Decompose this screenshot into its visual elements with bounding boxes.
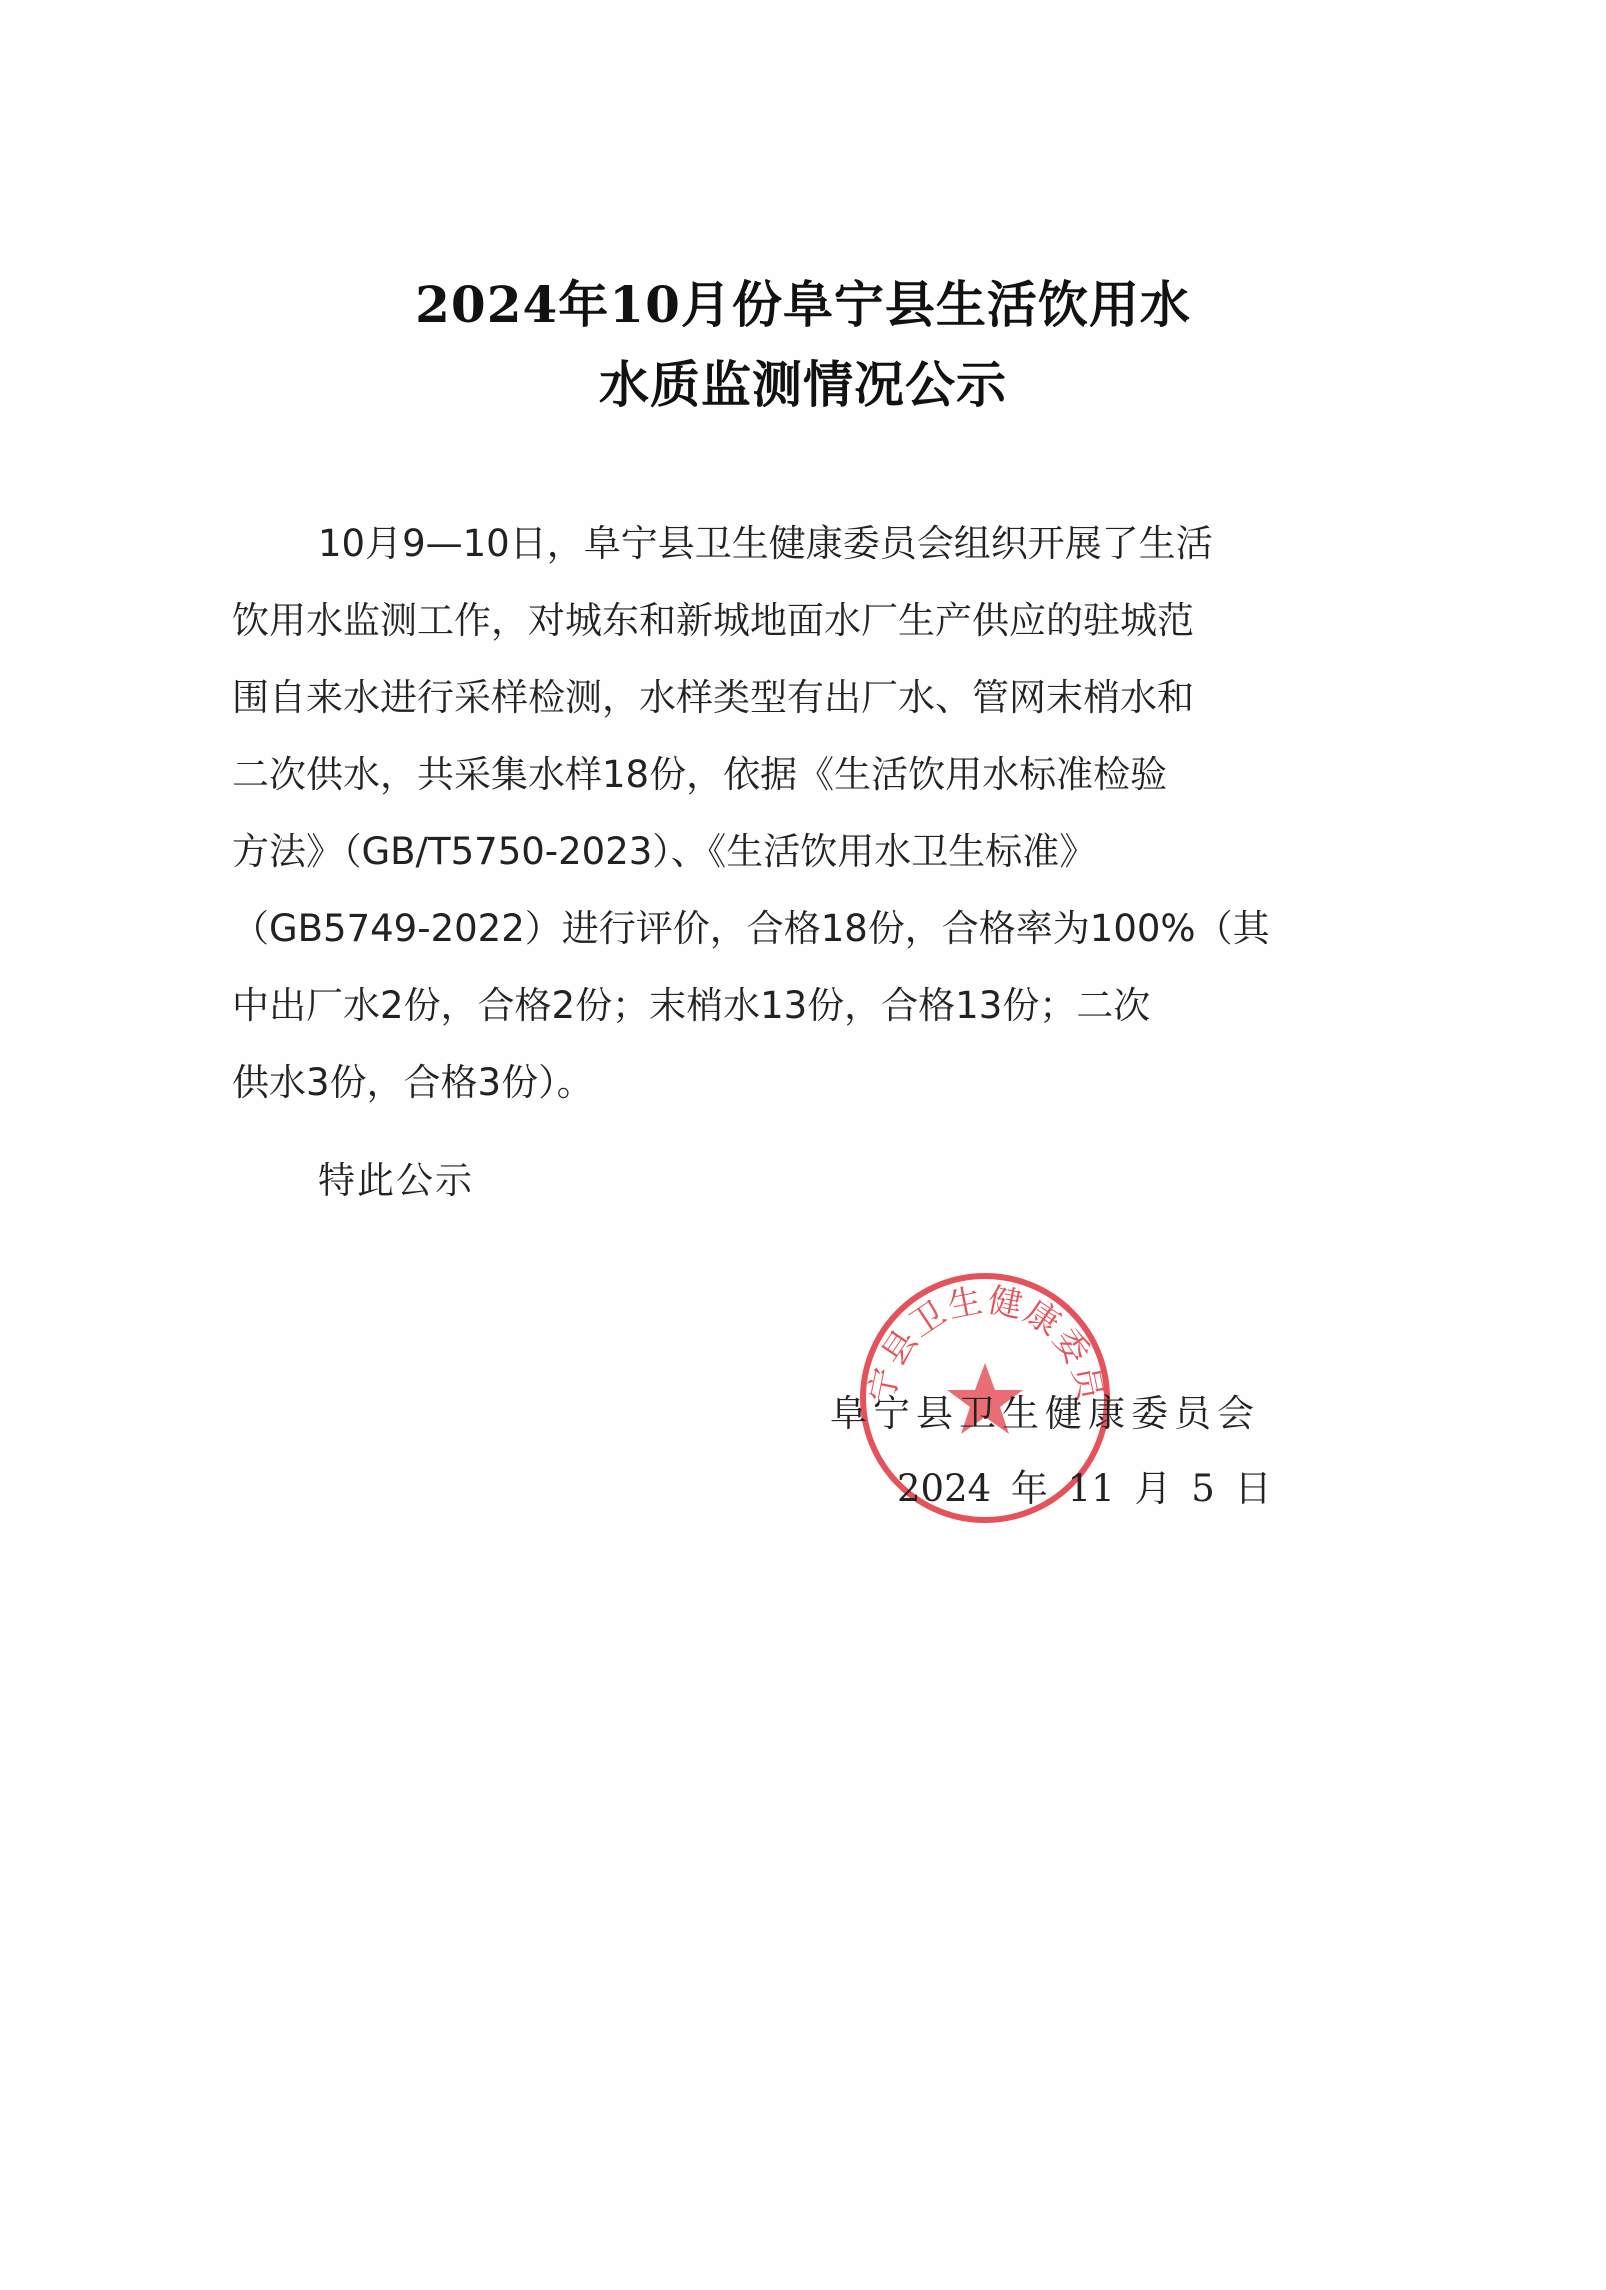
signature-date: 2024 年 11 月 5 日: [897, 1458, 1272, 1512]
body-line-8: 供水3份，合格3份）。: [232, 1064, 1377, 1101]
body-line-6: （GB5749-2022）进行评价，合格18份，合格率为100%（其: [232, 910, 1377, 947]
signature-organization: 阜宁县卫生健康委员会: [830, 1383, 1260, 1437]
body-line-4: 二次供水，共采集水样18份，依据《生活饮用水标准检验: [232, 756, 1377, 793]
closing-text: 特此公示: [318, 1150, 474, 1204]
body-line-7: 中出厂水2份，合格2份；末梢水13份，合格13份；二次: [232, 987, 1377, 1024]
body-line-3: 围自来水进行采样检测，水样类型有出厂水、管网末梢水和: [232, 679, 1377, 716]
document-title-line-2: 水质监测情况公示: [0, 360, 1606, 410]
body-line-5: 方法》（GB/T5750-2023）、《生活饮用水卫生标准》: [232, 833, 1377, 870]
body-line-2: 饮用水监测工作，对城东和新城地面水厂生产供应的驻城范: [232, 602, 1377, 639]
document-title-line-1: 2024年10月份阜宁县生活饮用水: [0, 280, 1606, 330]
body-line-1: 10月9—10日，阜宁县卫生健康委员会组织开展了生活: [318, 525, 1377, 562]
document-page: 2024年10月份阜宁县生活饮用水 水质监测情况公示 10月9—10日，阜宁县卫…: [0, 0, 1606, 2290]
